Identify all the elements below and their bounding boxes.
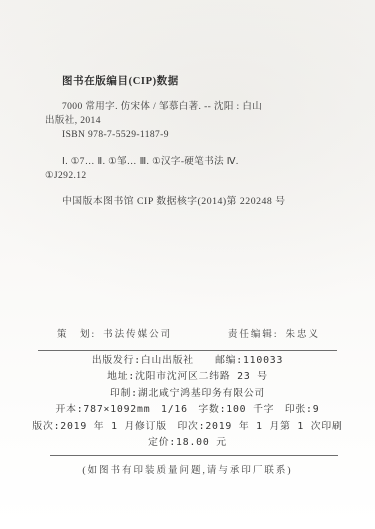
publisher-line: 出版发行:白山出版社 邮编:110033 (0, 353, 375, 369)
cip-registry-line: 中国版本图书馆 CIP 数据核字(2014)第 220248 号 (62, 193, 286, 207)
price-line: 定价:18.00 元 (0, 435, 375, 451)
quality-note: (如图书有印装质量问题,请与承印厂联系) (0, 462, 375, 476)
cip-classification-block: Ⅰ. ①7… Ⅱ. ①邹… Ⅲ. ①汉字-硬笔书法 Ⅳ. ①J292.12 (45, 155, 239, 183)
editor-label: 责任编辑: (228, 330, 279, 340)
format-line: 开本:787×1092mm 1/16 字数:100 千字 印张:9 (0, 402, 375, 418)
editor-credit: 责任编辑:朱忠义 (228, 326, 320, 340)
cip-classification-line: Ⅰ. ①7… Ⅱ. ①邹… Ⅲ. ①汉字-硬笔书法 Ⅳ. (45, 155, 239, 169)
divider-bottom (50, 455, 338, 456)
planner-label: 策 划: (57, 330, 96, 340)
planner-name: 书法传媒公司 (103, 330, 172, 340)
printer-line: 印制:湖北咸宁鸿基印务有限公司 (0, 386, 375, 402)
cip-heading: 图书在版编目(CIP)数据 (62, 73, 179, 88)
cip-publisher-line: 出版社, 2014 (45, 114, 262, 128)
cip-classification-code: ①J292.12 (45, 169, 239, 183)
editor-name: 朱忠义 (285, 330, 320, 340)
publishing-block: 出版发行:白山出版社 邮编:110033 地址:沈阳市沈河区二纬路 23 号 印… (0, 353, 375, 451)
planner-credit: 策 划:书法传媒公司 (57, 326, 172, 340)
credits-row: 策 划:书法传媒公司 责任编辑:朱忠义 (57, 326, 320, 340)
book-copyright-page: 图书在版编目(CIP)数据 7000 常用字. 仿宋体 / 邹慕白著. -- 沈… (0, 0, 375, 529)
cip-title-line: 7000 常用字. 仿宋体 / 邹慕白著. -- 沈阳 : 白山 (45, 100, 262, 114)
address-line: 地址:沈阳市沈河区二纬路 23 号 (0, 369, 375, 385)
cip-record-block: 7000 常用字. 仿宋体 / 邹慕白著. -- 沈阳 : 白山 出版社, 20… (45, 100, 262, 142)
divider-top (38, 350, 337, 351)
edition-line: 版次:2019 年 1 月修订版 印次:2019 年 1 月第 1 次印刷 (0, 419, 375, 435)
cip-isbn-line: ISBN 978-7-5529-1187-9 (45, 128, 262, 142)
